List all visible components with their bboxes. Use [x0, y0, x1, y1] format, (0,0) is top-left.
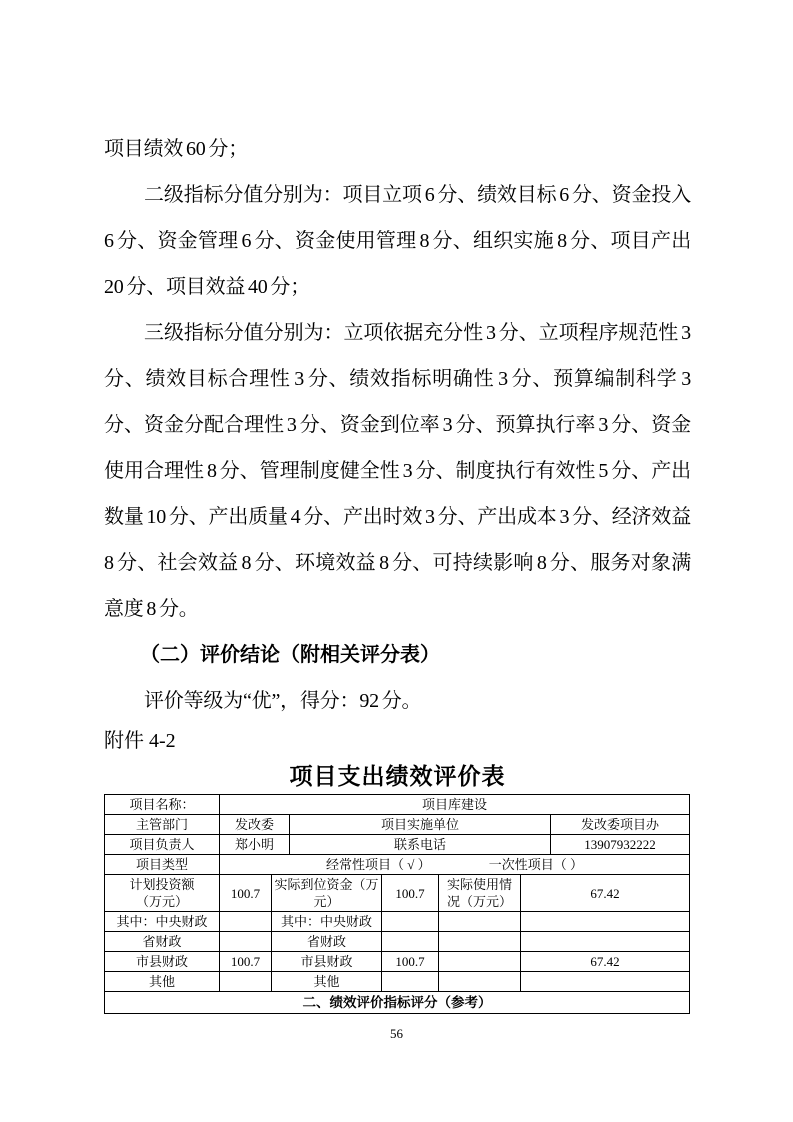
- cell-contact-phone-label: 联系电话: [290, 835, 551, 855]
- cell-actual-funds-label: 实际到位资金（万 元）: [272, 875, 382, 912]
- cell-other-finance-value-2: [382, 972, 439, 992]
- table-row-supervisor: 主管部门 发改委 项目实施单位 发改委项目办: [105, 815, 690, 835]
- section-heading-performance-score: 二、绩效评价指标评分（参考）: [105, 992, 690, 1014]
- cell-supervisor-dept-label: 主管部门: [105, 815, 220, 835]
- cell-city-county-finance-label-1: 市县财政: [105, 952, 220, 972]
- cell-planned-investment-value: 100.7: [220, 875, 272, 912]
- cell-other-finance-value-3: [521, 972, 690, 992]
- table-row-leader: 项目负责人 郑小明 联系电话 13907932222: [105, 835, 690, 855]
- cell-project-name-label: 项目名称：: [105, 795, 220, 815]
- option-regular-project: 经常性项目（ √ ）: [326, 856, 431, 873]
- cell-provincial-finance-usage: [439, 932, 521, 952]
- table-row-provincial-finance: 省财政 省财政: [105, 932, 690, 952]
- cell-city-county-finance-value-2: 100.7: [382, 952, 439, 972]
- page-number: 56: [0, 1026, 793, 1042]
- cell-city-county-finance-value-3: 67.42: [521, 952, 690, 972]
- table-row-project-name: 项目名称： 项目库建设: [105, 795, 690, 815]
- table-title: 项目支出绩效评价表: [104, 758, 691, 794]
- cell-project-leader-label: 项目负责人: [105, 835, 220, 855]
- cell-central-finance-usage: [439, 912, 521, 932]
- table-row-other-finance: 其他 其他: [105, 972, 690, 992]
- table-row-city-county-finance: 市县财政 100.7 市县财政 100.7 67.42: [105, 952, 690, 972]
- paragraph-project-score: 项目绩效 60 分；: [104, 126, 691, 172]
- cell-supervisor-dept-value: 发改委: [220, 815, 290, 835]
- table-row-section-heading: 二、绩效评价指标评分（参考）: [105, 992, 690, 1014]
- heading-evaluation-conclusion: （二）评价结论（附相关评分表）: [104, 632, 691, 678]
- performance-evaluation-table: 项目名称： 项目库建设 主管部门 发改委 项目实施单位 发改委项目办 项目负责人…: [104, 794, 690, 1014]
- cell-provincial-finance-value-1: [220, 932, 272, 952]
- cell-project-name-value: 项目库建设: [220, 795, 690, 815]
- attachment-label: 附件 4-2: [104, 724, 691, 758]
- table-row-investment: 计划投资额 （万元） 100.7 实际到位资金（万 元） 100.7 实际使用情…: [105, 875, 690, 912]
- cell-implementing-unit-value: 发改委项目办: [551, 815, 690, 835]
- cell-contact-phone-value: 13907932222: [551, 835, 690, 855]
- cell-city-county-finance-label-2: 市县财政: [272, 952, 382, 972]
- cell-actual-usage-value: 67.42: [521, 875, 690, 912]
- document-page: 项目绩效 60 分； 二级指标分值分别为：项目立项 6 分、绩效目标 6 分、资…: [0, 0, 793, 1122]
- cell-provincial-finance-label-1: 省财政: [105, 932, 220, 952]
- cell-provincial-finance-label-2: 省财政: [272, 932, 382, 952]
- cell-project-leader-value: 郑小明: [220, 835, 290, 855]
- paragraph-level2-indicators: 二级指标分值分别为：项目立项 6 分、绩效目标 6 分、资金投入 6 分、资金管…: [104, 172, 691, 310]
- option-onetime-project: 一次性项目（ ）: [489, 856, 583, 873]
- project-type-options: 经常性项目（ √ ） 一次性项目（ ）: [222, 856, 687, 873]
- cell-provincial-finance-value-3: [521, 932, 690, 952]
- cell-project-type-label: 项目类型: [105, 855, 220, 875]
- table-row-project-type: 项目类型 经常性项目（ √ ） 一次性项目（ ）: [105, 855, 690, 875]
- cell-other-finance-label-1: 其他: [105, 972, 220, 992]
- page-content: 项目绩效 60 分； 二级指标分值分别为：项目立项 6 分、绩效目标 6 分、资…: [104, 0, 691, 1014]
- cell-other-finance-value-1: [220, 972, 272, 992]
- cell-central-finance-label-1: 其中：中央财政: [105, 912, 220, 932]
- paragraph-evaluation-grade: 评价等级为“优”，得分：92 分。: [104, 678, 691, 724]
- paragraph-level3-indicators: 三级指标分值分别为：立项依据充分性 3 分、立项程序规范性 3 分、绩效目标合理…: [104, 310, 691, 632]
- cell-provincial-finance-value-2: [382, 932, 439, 952]
- cell-central-finance-value-1: [220, 912, 272, 932]
- cell-other-finance-label-2: 其他: [272, 972, 382, 992]
- cell-project-type-options: 经常性项目（ √ ） 一次性项目（ ）: [220, 855, 690, 875]
- cell-city-county-finance-usage: [439, 952, 521, 972]
- cell-central-finance-label-2: 其中：中央财政: [272, 912, 382, 932]
- cell-central-finance-value-2: [382, 912, 439, 932]
- cell-actual-funds-value: 100.7: [382, 875, 439, 912]
- cell-central-finance-value-3: [521, 912, 690, 932]
- cell-actual-usage-label: 实际使用情 况（万元）: [439, 875, 521, 912]
- cell-city-county-finance-value-1: 100.7: [220, 952, 272, 972]
- table-row-central-finance: 其中：中央财政 其中：中央财政: [105, 912, 690, 932]
- cell-planned-investment-label: 计划投资额 （万元）: [105, 875, 220, 912]
- cell-other-finance-usage: [439, 972, 521, 992]
- cell-implementing-unit-label: 项目实施单位: [290, 815, 551, 835]
